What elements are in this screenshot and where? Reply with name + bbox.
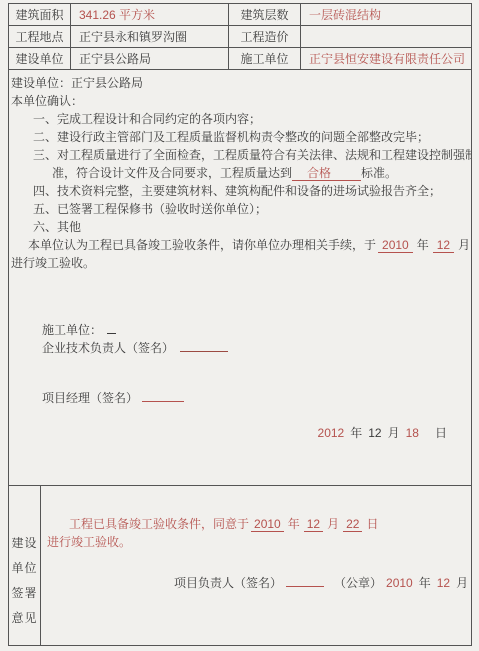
opinion-side-label: 建设 单位 签署 意见 [9,486,41,645]
project-manager-signature-blank [142,391,184,402]
label-contractor-unit: 施工单位 [229,48,301,69]
owner-pm-signature-blank [286,576,324,587]
confirm-item-4: 四、技术资料完整，主要建筑材料、建筑构配件和设备的进场试验报告齐全； [9,182,471,200]
year-unit: 年 [417,238,429,252]
side-label-line: 建设 [9,531,40,556]
opinion-content-cell: 工程已具备竣工验收条件，同意于2010年12月22日 进行竣工验收。 项目负责人… [41,486,471,645]
confirm-item-3-line1: 三、对工程质量进行了全面检查，工程质量符合有关法律、法规和工程建设控制强制性标 [9,146,471,164]
side-label-line: 单位 [9,556,40,581]
contractor-date-line: 2012年12月18日 [9,424,471,442]
tech-lead-signature-blank [180,341,228,352]
date-day-unit: 日 [435,426,447,440]
value-project-cost [301,26,471,47]
confirmation-section: 建设单位：正宁县公路局 本单位确认： 一、完成工程设计和合同约定的各项内容； 二… [9,70,471,486]
owner-opinion-section: 建设 单位 签署 意见 工程已具备竣工验收条件，同意于2010年12月22日 进… [9,486,471,645]
value-building-area: 341.26 平方米 [71,4,229,25]
contractor-blank [107,323,116,334]
date-year: 2012 [318,426,345,440]
value-owner-unit: 正宁县公路局 [71,48,229,69]
opinion-agreement-line: 工程已具备竣工验收条件，同意于2010年12月22日 [41,515,471,533]
acceptance-request-line: 本单位认为工程已具备竣工验收条件，请你单位办理相关手续，于2010年12月22日 [9,236,471,254]
quality-grade-blank: 合格 [292,166,361,181]
label-project-cost: 工程造价 [229,26,301,47]
confirm-item-1: 一、完成工程设计和合同约定的各项内容； [9,110,471,128]
label-building-floors: 建筑层数 [229,4,301,25]
table-row: 建筑面积 341.26 平方米 建筑层数 一层砖混结构 [9,4,471,26]
tech-lead-signature-line: 企业技术负责人（签名） [9,339,471,357]
quality-grade-value: 合格 [307,166,331,180]
opinion-agreement-continuation: 进行竣工验收。 [41,533,471,551]
confirm-heading: 本单位确认： [9,92,471,110]
project-manager-label: 项目经理（签名） [42,391,138,405]
tech-lead-label: 企业技术负责人（签名） [42,341,174,355]
confirm-item-2: 二、建设行政主管部门及工程质量监督机构责令整改的问题全部整改完毕； [9,128,471,146]
request-text: 本单位认为工程已具备竣工验收条件，请你单位办理相关手续，于 [28,238,376,252]
date-month: 12 [368,426,381,440]
confirm-item-3-line2: 准，符合设计文件及合同要求，工程质量达到合格标准。 [9,164,471,182]
contractor-label: 施工单位： [42,323,102,337]
label-project-location: 工程地点 [9,26,71,47]
opinion-text: 工程已具备竣工验收条件，同意于 [69,517,249,531]
value-building-floors: 一层砖混结构 [301,4,471,25]
project-manager-signature-line: 项目经理（签名） [9,389,471,407]
opinion-date-month: 12 [437,576,450,590]
value-contractor-unit: 正宁县恒安建设有限责任公司 [301,48,471,69]
form-border: 建筑面积 341.26 平方米 建筑层数 一层砖混结构 工程地点 正宁县永和镇罗… [8,3,472,646]
date-month-unit: 月 [388,426,400,440]
request-month: 12 [433,238,454,253]
label-building-area: 建筑面积 [9,4,71,25]
value-project-location: 正宁县永和镇罗沟圈 [71,26,229,47]
opinion-date-month-unit: 月 [456,576,468,590]
opinion-year: 2010 [251,517,284,532]
owner-pm-signature-line: 项目负责人（签名）（公章）2010年12月19日 [41,574,471,592]
opinion-date-year-unit: 年 [419,576,431,590]
contractor-signature-line: 施工单位： [9,321,471,339]
project-info-table: 建筑面积 341.26 平方米 建筑层数 一层砖混结构 工程地点 正宁县永和镇罗… [9,4,471,70]
completion-acceptance-form: 建筑面积 341.26 平方米 建筑层数 一层砖混结构 工程地点 正宁县永和镇罗… [0,0,479,651]
item3-post: 标准。 [361,166,397,180]
owner-pm-label: 项目负责人（签名） [174,576,282,590]
opinion-month-unit: 月 [327,517,339,531]
confirm-item-6: 六、其他 [9,218,471,236]
opinion-month: 12 [304,517,323,532]
owner-unit-line: 建设单位：正宁县公路局 [9,74,471,92]
request-year: 2010 [378,238,413,253]
confirm-item-5: 五、已签署工程保修书（验收时送你单位）； [9,200,471,218]
opinion-year-unit: 年 [288,517,300,531]
date-year-unit: 年 [350,426,362,440]
label-owner-unit: 建设单位 [9,48,71,69]
opinion-date-year: 2010 [386,576,413,590]
opinion-day-unit: 日 [366,517,378,531]
item3-pre: 准，符合设计文件及合同要求，工程质量达到 [52,166,292,180]
side-label-line: 签署 [9,581,40,606]
opinion-day: 22 [343,517,362,532]
acceptance-request-continuation: 进行竣工验收。 [9,254,471,272]
table-row: 工程地点 正宁县永和镇罗沟圈 工程造价 [9,26,471,48]
table-row: 建设单位 正宁县公路局 施工单位 正宁县恒安建设有限责任公司 [9,48,471,70]
month-unit: 月 [458,238,470,252]
date-day: 18 [406,426,419,440]
official-seal-label: （公章） [334,576,382,590]
side-label-line: 意见 [9,606,40,631]
